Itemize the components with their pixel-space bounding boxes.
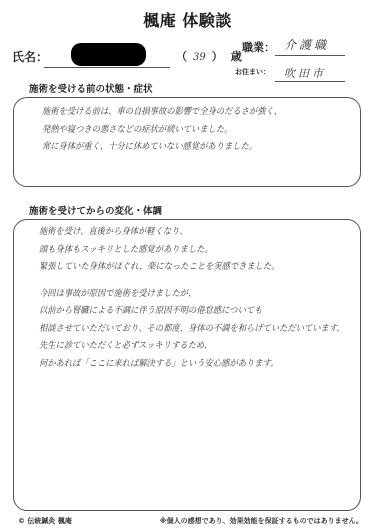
text-line: 発熱や寝つきの悪さなどの症状が続いていました。 xyxy=(42,122,282,140)
age-unit: 歳 xyxy=(231,50,242,63)
after-treatment-box: 施術を受け、直後から身体が軽くなり、 頭も身体もスッキリとした感覚がありました。… xyxy=(13,219,361,511)
text-line: 施術を受け、直後から身体が軽くなり、 xyxy=(39,224,345,242)
text-line: 頭も身体もスッキリとした感覚がありました。 xyxy=(39,242,345,260)
paragraph-gap xyxy=(39,277,345,286)
residence-underline xyxy=(275,81,345,82)
occupation-value: 介護職 xyxy=(284,36,329,53)
age-field: （39）歳 xyxy=(176,48,242,64)
age-open-paren: （ xyxy=(176,50,187,63)
section-heading-before: 施術を受ける前の状態・症状 xyxy=(29,81,153,95)
before-treatment-box: 施術を受ける前は、車の自損事故の影響で全身のだるさが強く、 発熱や寝つきの悪さな… xyxy=(13,97,361,187)
page-title: 楓庵 体験談 xyxy=(0,8,375,31)
name-label: 氏名： xyxy=(12,48,48,65)
name-underline xyxy=(44,67,170,68)
occupation-label: 職業： xyxy=(242,39,275,55)
text-line: 何かあれば「ここに来れば解決する」という安心感があります。 xyxy=(39,356,345,374)
residence-value: 吹田市 xyxy=(284,65,326,81)
footer-disclaimer: ※個人の感想であり、効果効能を保証するものではありません。 xyxy=(160,516,363,526)
occupation-underline xyxy=(275,55,345,56)
name-redaction xyxy=(71,43,146,66)
text-line: 相談させていただいており、その都度、身体の不調を和らげていただいています。 xyxy=(39,321,345,339)
after-treatment-text: 施術を受け、直後から身体が軽くなり、 頭も身体もスッキリとした感覚がありました。… xyxy=(39,224,345,373)
section-heading-after: 施術を受けてからの変化・体調 xyxy=(29,203,162,217)
text-line: 施術を受ける前は、車の自損事故の影響で全身のだるさが強く、 xyxy=(42,104,282,122)
text-line: 緊張していた身体がほぐれ、楽になったことを実感できました。 xyxy=(39,259,345,277)
text-line: 今回は事故が原因で施術を受けましたが、 xyxy=(39,286,345,304)
before-treatment-text: 施術を受ける前は、車の自損事故の影響で全身のだるさが強く、 発熱や寝つきの悪さな… xyxy=(42,104,282,157)
age-value: 39 xyxy=(193,52,206,63)
residence-label: お住まい： xyxy=(235,67,270,77)
footer-copyright: © 伝統鍼灸 楓庵 xyxy=(18,516,72,526)
age-close-paren: ） xyxy=(212,50,223,63)
text-line: 以前から腎臓による不調に伴う原因不明の倦怠感についても xyxy=(39,303,345,321)
text-line: 先生に診ていただくと必ずスッキリするため、 xyxy=(39,338,345,356)
text-line: 常に身体が重く、十分に休めていない感覚がありました。 xyxy=(42,139,282,157)
